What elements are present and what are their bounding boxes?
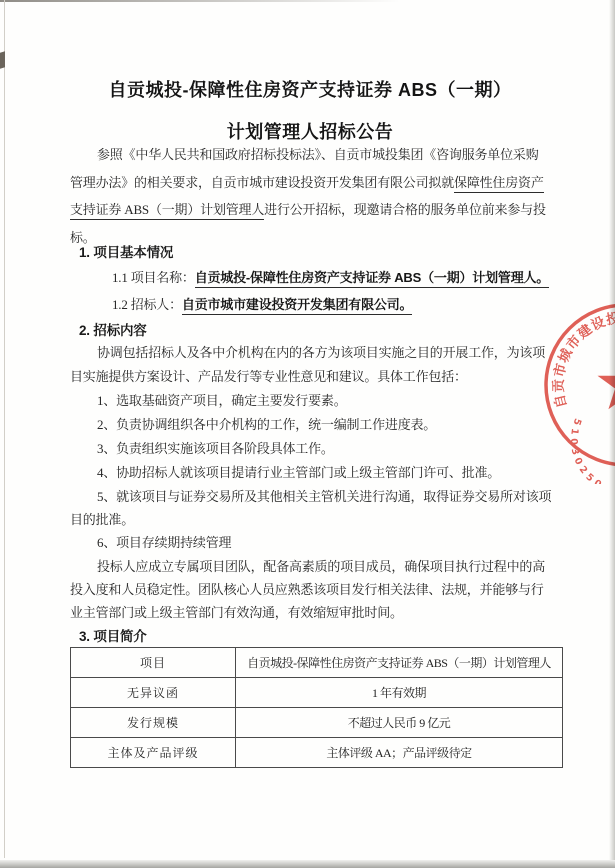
section-3-heading: 3. 项目简介 <box>70 628 559 645</box>
intro-line-3: 支持证券 ABS（一期）计划管理人进行公开招标，现邀请合格的服务单位前来参与投 <box>70 201 550 218</box>
row-value: 1 年有效期 <box>236 678 563 708</box>
scan-edge-left <box>4 0 5 858</box>
intro-line-1: 参照《中华人民共和国政府招标投标法》、自贡市城投集团《咨询服务单位采购 <box>70 146 577 163</box>
tenderee-label: 1.2 招标人： <box>112 297 182 312</box>
row-value: 主体评级 AA；产品评级待定 <box>236 738 563 768</box>
tenderee-item: 1.2 招标人：自贡市城市建设投资开发集团有限公司。 <box>70 296 592 313</box>
intro-line-3-underlined: 支持证券 ABS（一期）计划管理人 <box>70 202 264 220</box>
doc-title-line1: 自贡城投-保障性住房资产支持证券 ABS（一期） <box>70 82 550 99</box>
intro-line-2-text: 管理办法》的相关要求，自贡市城市建设投资开发集团有限公司拟就 <box>70 175 454 190</box>
team-paragraph-line1: 投标人应成立专属项目团队，配备高素质的项目成员，确保项目执行过程中的高 <box>70 558 577 575</box>
tender-content-intro-line1: 协调包括招标人及各中介机构在内的各方为该项目实施之目的开展工作，为该项 <box>70 344 577 361</box>
work-item-3: 3、负责组织实施该项目各阶段具体工作。 <box>70 440 577 457</box>
intro-line-3-text: 进行公开招标，现邀请合格的服务单位前来参与投 <box>264 202 546 217</box>
tenderee-value: 自贡市城市建设投资开发集团有限公司。 <box>182 297 412 315</box>
work-item-5-line2: 目的批准。 <box>70 511 550 528</box>
scan-edge-mark <box>0 51 5 69</box>
row-value: 自贡城投-保障性住房资产支持证券 ABS（一期）计划管理人 <box>236 648 563 678</box>
table-row: 主体及产品评级 主体评级 AA；产品评级待定 <box>71 738 563 768</box>
table-row: 无异议函 1 年有效期 <box>71 678 563 708</box>
section-2-heading: 2. 招标内容 <box>70 322 559 339</box>
intro-line-2: 管理办法》的相关要求，自贡市城市建设投资开发集团有限公司拟就保障性住房资产 <box>70 174 550 191</box>
project-name-item: 1.1 项目名称：自贡城投-保障性住房资产支持证券 ABS（一期）计划管理人。 <box>70 269 592 286</box>
doc-title-line2: 计划管理人招标公告 <box>70 124 550 141</box>
tender-content-intro-line2: 目实施提供方案设计、产品发行等专业性意见和建议。具体工作包括： <box>70 368 550 385</box>
intro-line-2-underlined: 保障性住房资产 <box>454 175 544 193</box>
row-value: 不超过人民币 9 亿元 <box>236 708 563 738</box>
row-label: 发行规模 <box>71 708 236 738</box>
work-item-1: 1、选取基础资产项目，确定主要发行要素。 <box>70 392 577 409</box>
table-row: 项目 自贡城投-保障性住房资产支持证券 ABS（一期）计划管理人 <box>71 648 563 678</box>
row-label: 项目 <box>71 648 236 678</box>
team-paragraph-line3: 业主管部门或上级主管部门有效沟通，有效缩短审批时间。 <box>70 604 550 621</box>
section-1-heading: 1. 项目基本情况 <box>70 244 559 261</box>
scan-edge-right <box>609 0 615 868</box>
scanned-document-page: 自贡城投-保障性住房资产支持证券 ABS（一期） 计划管理人招标公告 参照《中华… <box>0 0 615 868</box>
team-paragraph-line2: 投入度和人员稳定性。团队核心人员应熟悉该项目发行相关法律、法规，并能够与行 <box>70 581 550 598</box>
project-name-label: 1.1 项目名称： <box>112 270 195 285</box>
project-summary-table: 项目 自贡城投-保障性住房资产支持证券 ABS（一期）计划管理人 无异议函 1 … <box>70 647 563 768</box>
row-label: 主体及产品评级 <box>71 738 236 768</box>
project-name-value: 自贡城投-保障性住房资产支持证券 ABS（一期）计划管理人。 <box>195 270 549 288</box>
scan-edge-top <box>0 0 400 2</box>
row-label: 无异议函 <box>71 678 236 708</box>
work-item-5-line1: 5、就该项目与证券交易所及其他相关主管机关进行沟通，取得证券交易所对该项 <box>70 488 577 505</box>
scan-edge-bottom <box>0 860 615 868</box>
work-item-4: 4、协助招标人就该项目提请行业主管部门或上级主管部门许可、批准。 <box>70 464 577 481</box>
table-row: 发行规模 不超过人民币 9 亿元 <box>71 708 563 738</box>
work-item-2: 2、负责协调组织各中介机构的工作，统一编制工作进度表。 <box>70 416 577 433</box>
work-item-6: 6、项目存续期持续管理 <box>70 534 577 551</box>
